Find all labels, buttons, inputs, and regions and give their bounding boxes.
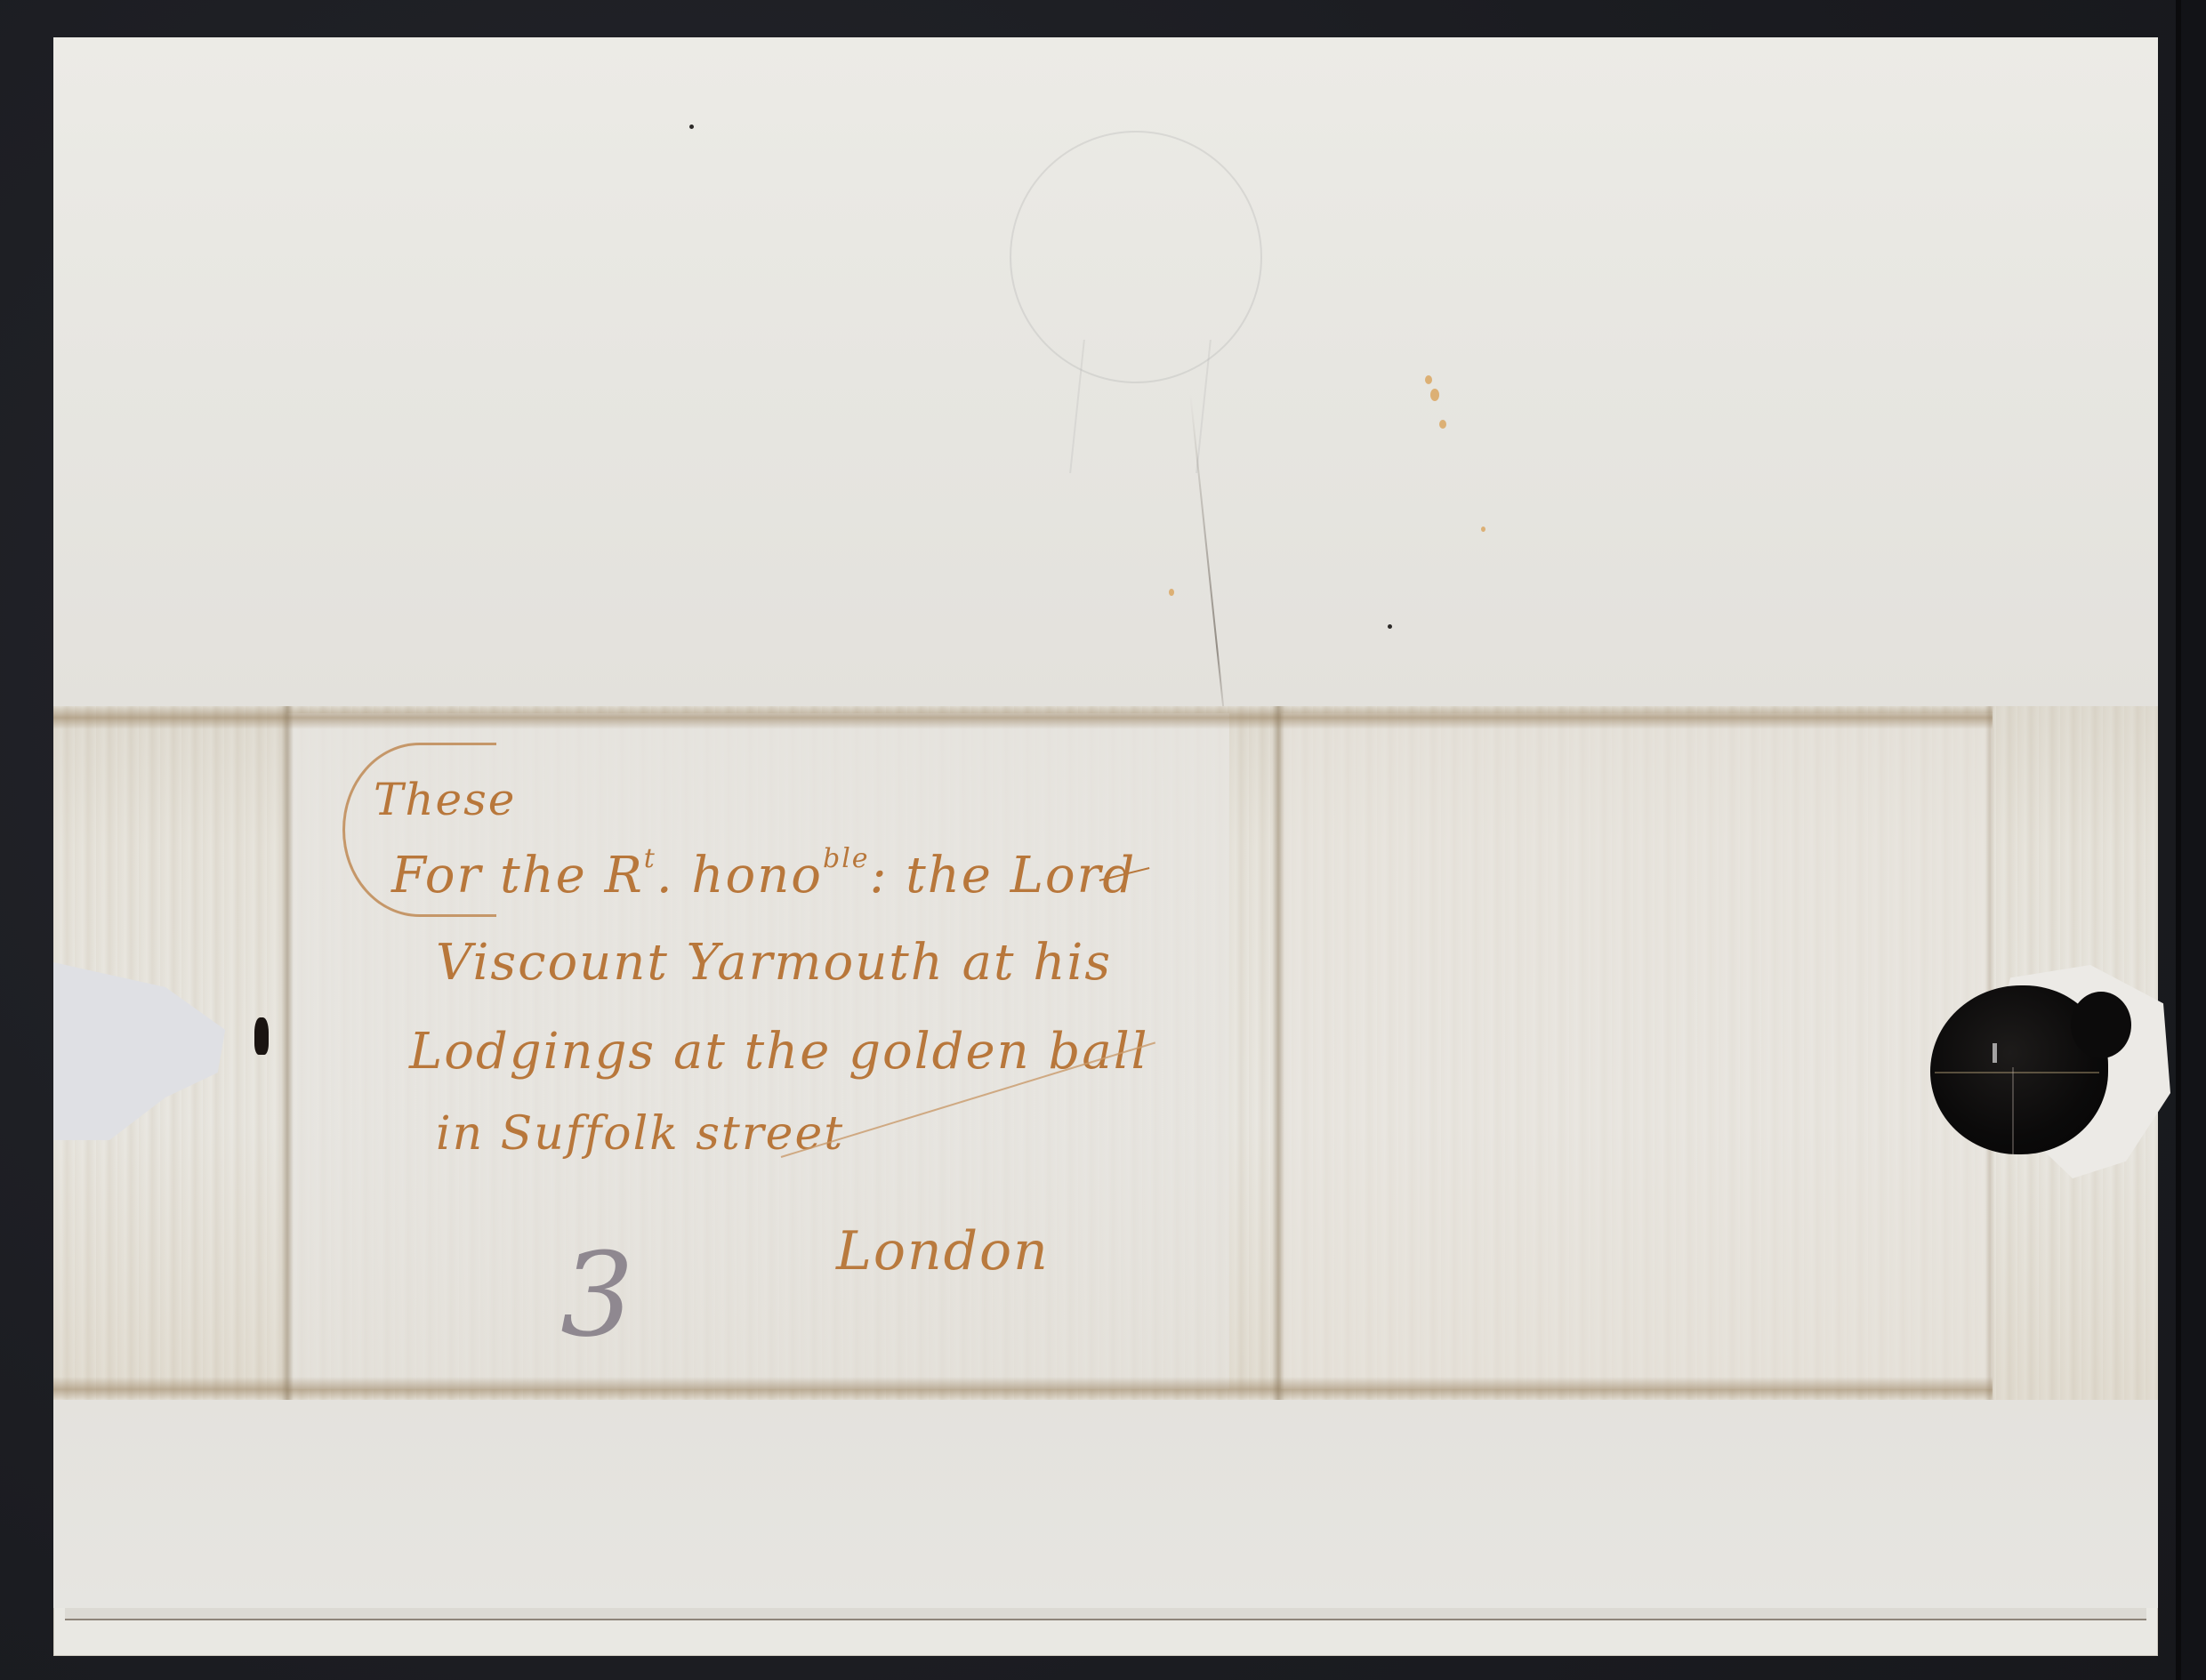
foxing-spot <box>1439 420 1446 429</box>
foxing-spot <box>1430 389 1439 401</box>
fold-line-middle <box>1272 706 1284 1400</box>
ink-speck <box>689 125 694 129</box>
wax-fragment <box>254 1017 269 1055</box>
backdrop-edge <box>2176 0 2206 1680</box>
seal-highlight <box>1993 1043 1997 1063</box>
address-city: London <box>836 1220 1050 1282</box>
fold-stain-bottom <box>53 1377 1993 1400</box>
seal-crack <box>2012 1067 2014 1154</box>
address-line-recipient-title: For the Rt. honoble: the Lord <box>391 843 1136 904</box>
foxing-spot <box>1169 589 1174 596</box>
wax-seal-lobe <box>2071 992 2131 1058</box>
ink-speck <box>1388 624 1392 629</box>
foxing-spot <box>1481 527 1485 532</box>
address-line-lodgings: Lodgings at the golden ball <box>409 1023 1149 1081</box>
seal-panel <box>1281 713 1993 1389</box>
fold-line-left <box>281 706 294 1400</box>
foxing-spot <box>1425 375 1432 384</box>
bottom-panel <box>53 1400 2158 1608</box>
address-line-street: in Suffolk street <box>436 1107 844 1161</box>
seal-crack <box>1935 1072 2099 1073</box>
address-line-these: These <box>374 774 516 825</box>
fold-stain-top <box>53 706 1993 729</box>
bottom-edge <box>65 1608 2146 1620</box>
postal-rate-mark: 3 <box>560 1227 634 1362</box>
address-line-recipient-name: Viscount Yarmouth at his <box>436 934 1112 992</box>
